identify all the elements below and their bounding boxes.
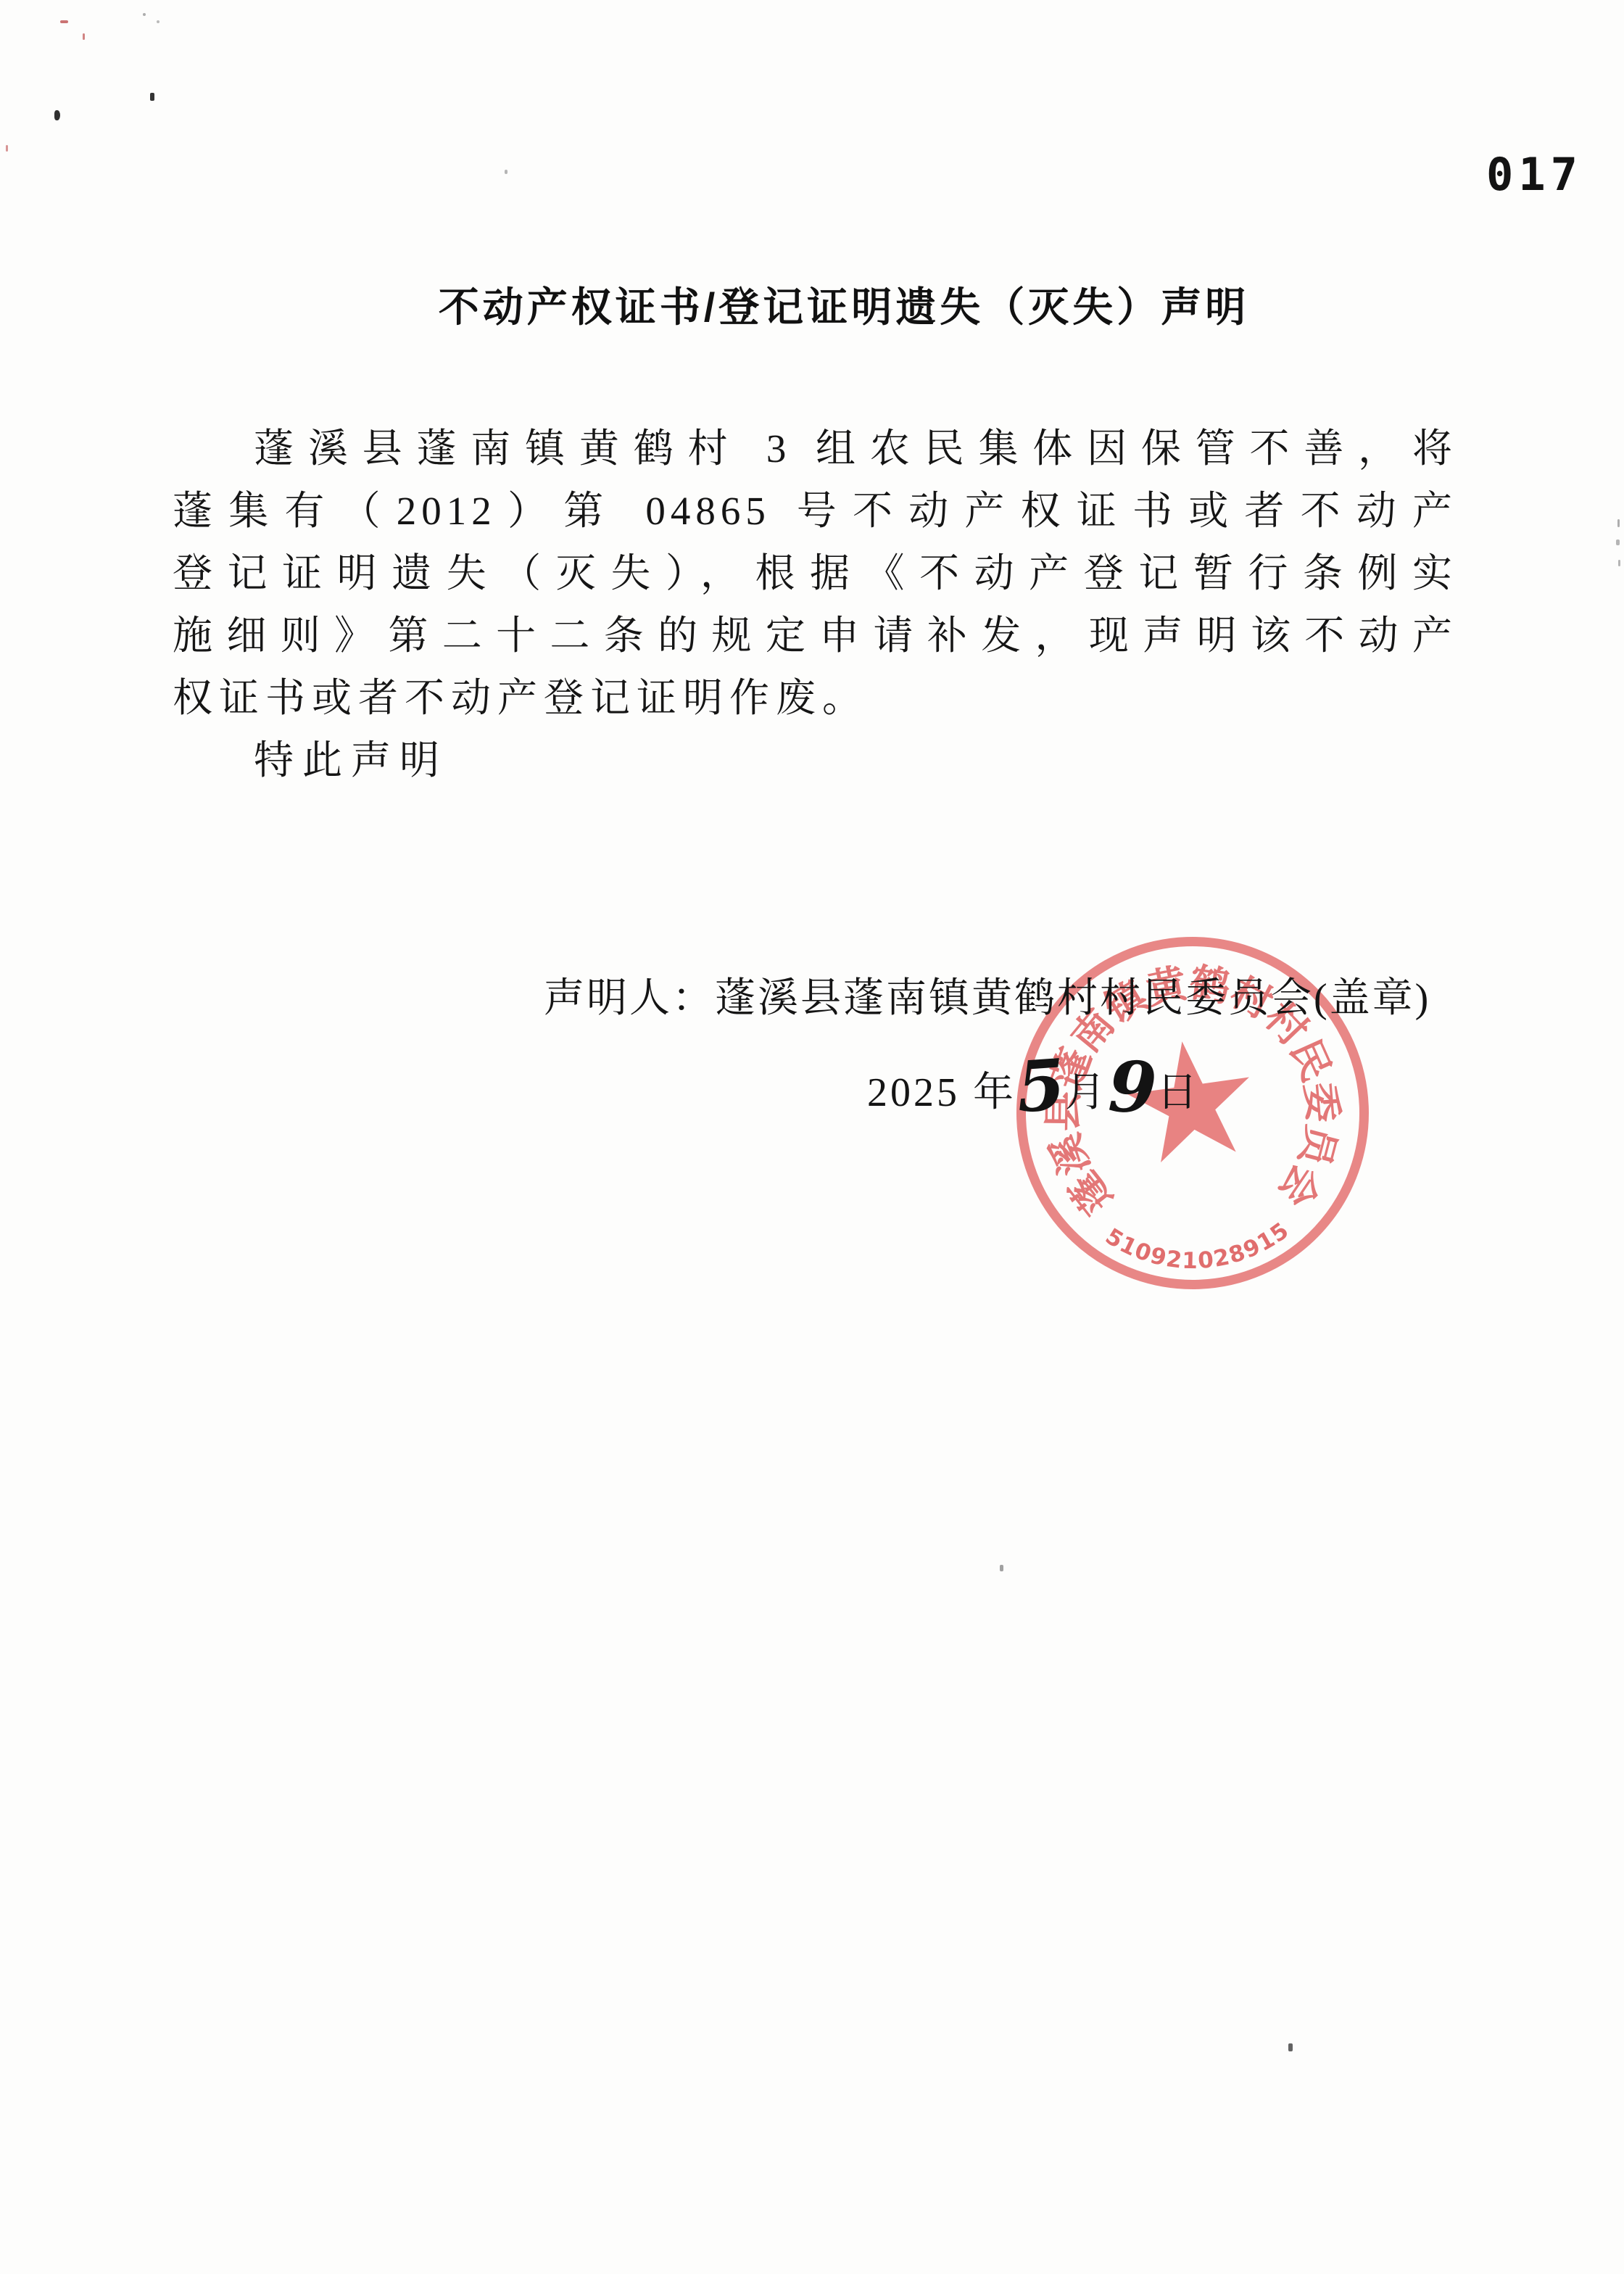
- scan-speck: [6, 145, 8, 152]
- date-day-handwritten: 9: [1107, 1065, 1157, 1110]
- date-month-unit: 月: [1065, 1060, 1109, 1118]
- closing-statement: 特此声明: [173, 729, 1457, 792]
- date-month-handwritten: 5: [1015, 1063, 1066, 1110]
- scan-speck: [143, 13, 146, 16]
- scan-speck: [1616, 539, 1620, 545]
- scan-speck: [505, 170, 507, 174]
- scan-speck: [1617, 519, 1620, 527]
- page-number: 017: [1486, 148, 1583, 201]
- body-line: 蓬溪县蓬南镇黄鹤村 3 组农民集体因保管不善，将: [173, 418, 1457, 480]
- scan-speck: [54, 110, 60, 120]
- body-line: 登记证明遗失（灭失），根据《不动产登记暂行条例实: [173, 542, 1457, 605]
- scan-speck: [157, 20, 159, 23]
- scan-speck: [83, 33, 85, 40]
- date-year: 2025 年: [867, 1060, 1016, 1118]
- scan-speck: [60, 20, 68, 23]
- date-line: 2025 年5月9日: [867, 1060, 1201, 1118]
- scanned-document-page: 017 不动产权证书/登记证明遗失（灭失）声明 蓬溪县蓬南镇黄鹤村 3 组农民集…: [0, 0, 1624, 2274]
- body-line: 蓬集有（2012）第 04865 号不动产权证书或者不动产: [173, 480, 1457, 542]
- document-body: 蓬溪县蓬南镇黄鹤村 3 组农民集体因保管不善，将 蓬集有（2012）第 0486…: [173, 418, 1457, 792]
- scan-speck: [150, 93, 154, 101]
- body-line: 施细则》第二十二条的规定申请补发，现声明该不动产: [173, 605, 1457, 667]
- scan-speck: [1288, 2043, 1293, 2051]
- scan-speck: [1618, 560, 1620, 566]
- date-day-unit: 日: [1157, 1060, 1201, 1118]
- document-title: 不动产权证书/登记证明遗失（灭失）声明: [32, 276, 1624, 334]
- declarant-line: 声明人：蓬溪县蓬南镇黄鹤村村民委员会(盖章): [544, 966, 1430, 1024]
- body-line: 权证书或者不动产登记证明作废。: [173, 667, 1457, 729]
- scan-speck: [1000, 1565, 1003, 1571]
